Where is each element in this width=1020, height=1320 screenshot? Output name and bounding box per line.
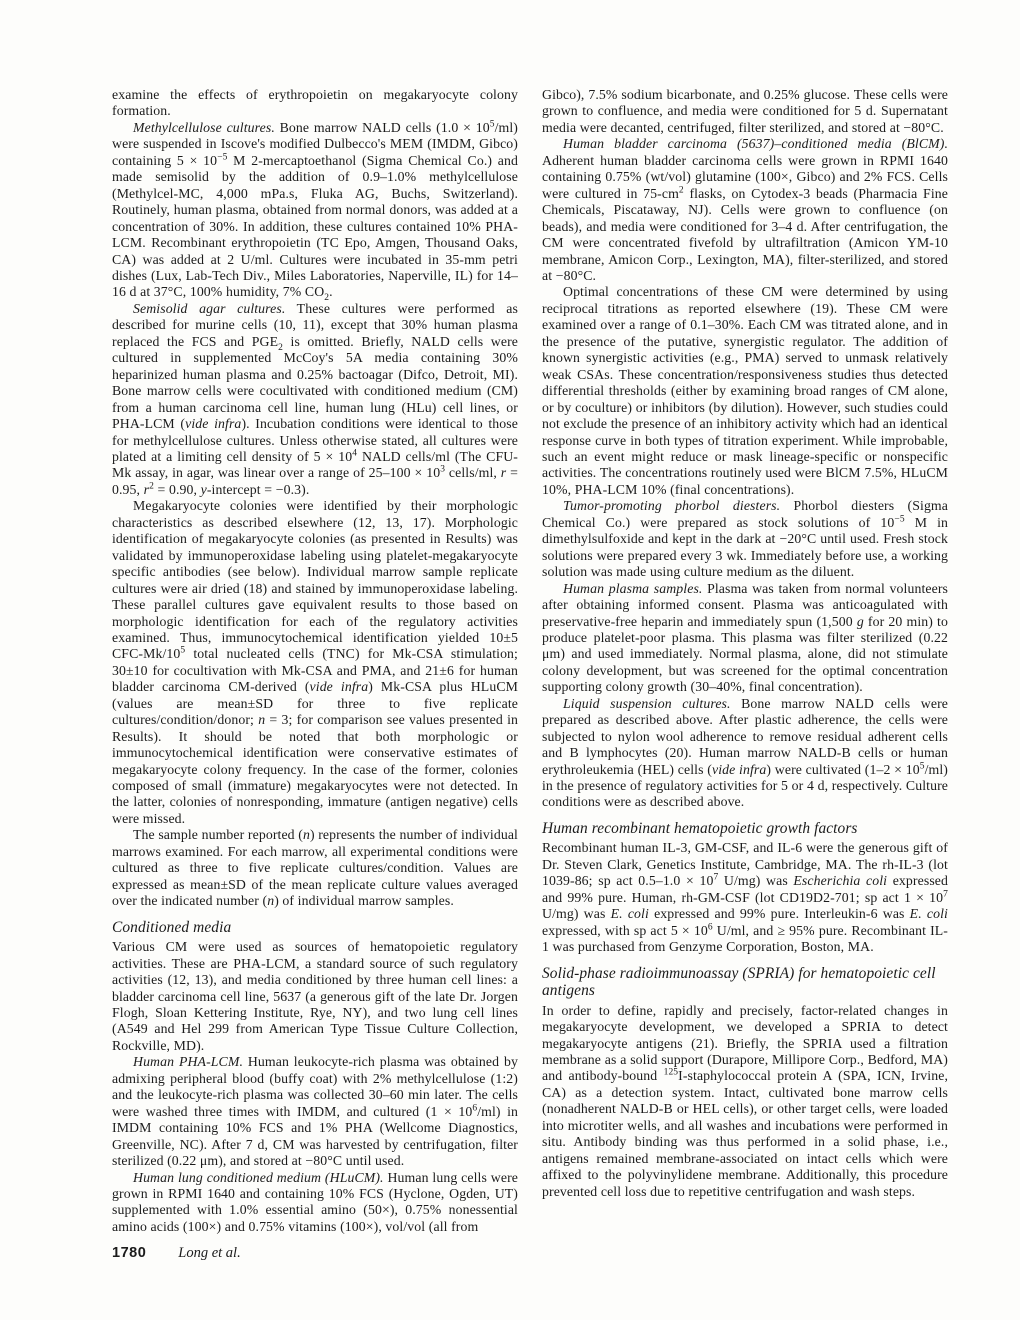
- paragraph: Human lung conditioned medium (HLuCM). H…: [112, 1170, 518, 1236]
- paragraph: In order to define, rapidly and precisel…: [542, 1003, 948, 1200]
- section-heading: Human recombinant hematopoietic growth f…: [542, 820, 948, 838]
- paragraph: Megakaryocyte colonies were identified b…: [112, 498, 518, 827]
- paragraph: Human PHA-LCM. Human leukocyte-rich plas…: [112, 1054, 518, 1169]
- paragraph: Optimal concentrations of these CM were …: [542, 284, 948, 498]
- running-authors: Long et al.: [178, 1245, 240, 1261]
- journal-page: examine the effects of erythropoietin on…: [0, 0, 1020, 1320]
- paragraph: Gibco), 7.5% sodium bicarbonate, and 0.2…: [542, 87, 948, 136]
- paragraph: The sample number reported (n) represent…: [112, 827, 518, 909]
- right-column: Gibco), 7.5% sodium bicarbonate, and 0.2…: [542, 87, 948, 1200]
- page-number: 1780: [112, 1245, 146, 1261]
- paragraph: examine the effects of erythropoietin on…: [112, 87, 518, 120]
- paragraph: Human bladder carcinoma (5637)–condition…: [542, 136, 948, 284]
- paragraph: Semisolid agar cultures. These cultures …: [112, 301, 518, 498]
- section-heading: Conditioned media: [112, 919, 518, 937]
- page-footer: 1780Long et al.: [112, 1245, 612, 1262]
- left-column: examine the effects of erythropoietin on…: [112, 87, 518, 1235]
- paragraph: Recombinant human IL-3, GM-CSF, and IL-6…: [542, 840, 948, 955]
- paragraph: Various CM were used as sources of hemat…: [112, 939, 518, 1054]
- paragraph: Liquid suspension cultures. Bone marrow …: [542, 696, 948, 811]
- paragraph: Human plasma samples. Plasma was taken f…: [542, 581, 948, 696]
- section-heading: Solid-phase radioimmunoassay (SPRIA) for…: [542, 965, 948, 1000]
- paragraph: Methylcellulose cultures. Bone marrow NA…: [112, 120, 518, 301]
- paragraph: Tumor-promoting phorbol diesters. Phorbo…: [542, 498, 948, 580]
